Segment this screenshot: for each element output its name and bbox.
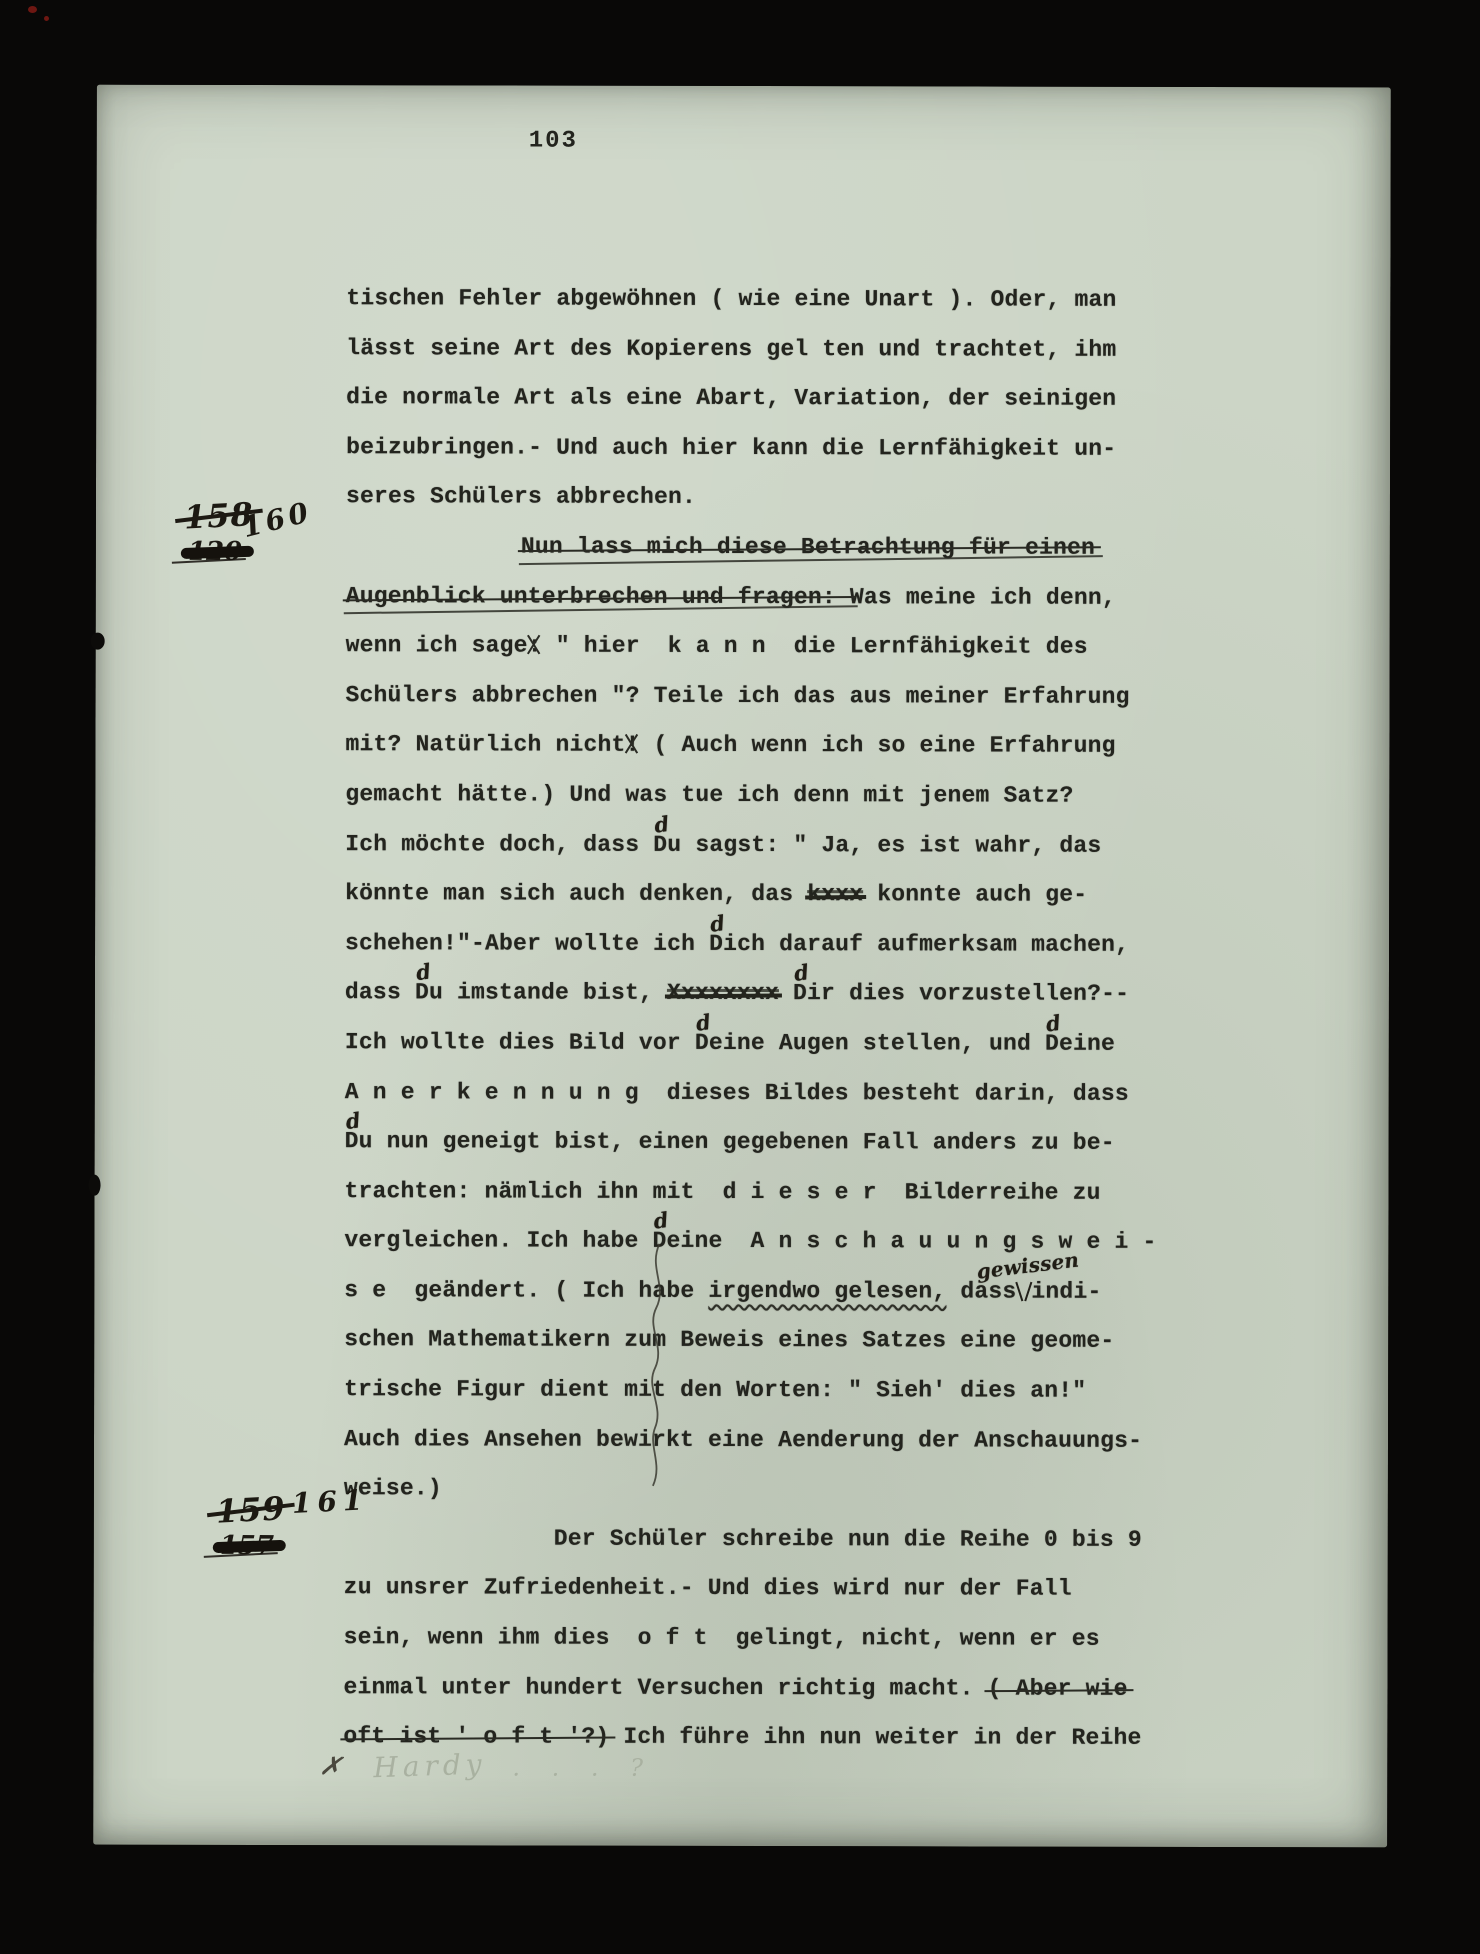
typescript-line: die normale Art als eine Abart, Variatio… xyxy=(346,382,1266,434)
struck-text: oft ist ' o f t '?) xyxy=(343,1723,609,1750)
typed-text: Dud xyxy=(345,1128,373,1154)
typed-text: imstande bist, xyxy=(443,980,667,1006)
pencil-text: Hardy xyxy=(373,1747,487,1784)
typescript-line: beizubringen.- Und auch hier kann die Le… xyxy=(346,432,1266,484)
pencil-annotation: ✗ Hardy . . . ? xyxy=(319,1749,655,1783)
typed-text: wenn ich sage xyxy=(346,632,528,658)
typescript-line: vergleichen. Ich habe Deined A n s c h a… xyxy=(344,1225,1264,1277)
typed-text: einmal unter hundert Versuchen richtig m… xyxy=(343,1674,987,1701)
typed-text: mit? Natürlich nicht xyxy=(345,732,625,759)
typed-text: konnte auch ge- xyxy=(863,881,1087,907)
struck-number: 159 xyxy=(215,1489,287,1530)
blotted-number: 157 xyxy=(220,1531,274,1561)
typed-text: ( Auch wenn ich so eine Erfahrung xyxy=(639,732,1115,759)
pencil-dots: . . . ? xyxy=(512,1754,655,1782)
typescript-line: wenn ich sage: " hier k a n n die Lernfä… xyxy=(346,630,1266,682)
typed-text: Dird xyxy=(793,980,835,1006)
overtyped-word: kxxx xyxy=(807,881,863,907)
typed-text: Deined xyxy=(1045,1031,1115,1057)
typescript-line: weise.) xyxy=(344,1473,1264,1525)
struck-text: Nun lass mich diese Betrachtung für eine… xyxy=(521,534,1095,561)
typed-text: Augen stellen, und xyxy=(765,1030,1045,1057)
typescript-line: tischen Fehler abgewöhnen ( wie eine Una… xyxy=(346,283,1266,335)
paper-blemish xyxy=(89,1175,101,1196)
typescript-line: schen Mathematikern zum Beweis eines Sat… xyxy=(344,1325,1264,1377)
typescript-line: zu unsrer Zufriedenheit.- Und dies wird … xyxy=(344,1573,1264,1625)
typed-text: Was meine ich denn, xyxy=(850,584,1116,611)
margin-renumbering: 158 160 120 xyxy=(184,497,404,597)
typed-text: dass xyxy=(345,979,415,1005)
film-artifact xyxy=(28,6,37,13)
typed-text: Ich führe ihn nun weiter in der Reihe xyxy=(609,1724,1141,1751)
typescript-line: trische Figur dient mit den Worten: " Si… xyxy=(344,1374,1264,1426)
typed-text: Deined xyxy=(695,1030,765,1056)
typed-text: schen Mathematikern zum Beweis eines Sat… xyxy=(344,1327,1114,1355)
typescript-line: Der Schüler schreibe nun die Reihe 0 bis… xyxy=(344,1523,1264,1575)
typed-text: nun geneigt bist, einen gegebenen Fall a… xyxy=(373,1128,1115,1156)
typed-text: dies vorzustellen?-- xyxy=(835,981,1129,1008)
typescript-body: tischen Fehler abgewöhnen ( wie eine Una… xyxy=(343,283,1266,1773)
photograph-background: 103 tischen Fehler abgewöhnen ( wie eine… xyxy=(0,0,1480,1954)
blotted-number: 120 xyxy=(188,537,242,567)
typed-text: trachten: nämlich ihn mit d i e s e r Bi… xyxy=(345,1178,1101,1206)
typed-text: A n e r k e n n u n g dieses Bildes best… xyxy=(345,1079,1129,1107)
film-artifact xyxy=(44,16,49,21)
caret-insertion: gewissen xyxy=(1016,1277,1031,1307)
page-number: 103 xyxy=(529,128,578,155)
struck-char: ! xyxy=(625,730,639,761)
typed-text: Dud xyxy=(653,831,681,857)
typescript-line: trachten: nämlich ihn mit d i e s e r Bi… xyxy=(344,1176,1264,1228)
typed-text: Ich möchte doch, dass xyxy=(345,831,653,858)
typed-text: Schülers abbrechen "? Teile ich das aus … xyxy=(346,682,1130,710)
typed-text: die normale Art als eine Abart, Variatio… xyxy=(346,384,1116,412)
typed-text: Dud xyxy=(415,980,443,1006)
pen-squiggle-mark xyxy=(646,1242,671,1488)
typed-text: schehen!"-Aber wollte ich xyxy=(345,930,709,957)
typescript-line: Ich wollte dies Bild vor Deined Augen st… xyxy=(345,1027,1265,1079)
x-mark: ✗ xyxy=(318,1750,344,1783)
typed-text: gemacht hätte.) Und was tue ich denn mit… xyxy=(345,781,1073,809)
struck-text: Augenblick unterbrechen und fragen: xyxy=(346,583,850,610)
typed-text: beizubringen.- Und auch hier kann die Le… xyxy=(346,434,1116,462)
typescript-line: Nun lass mich diese Betrachtung für eine… xyxy=(346,531,1266,583)
typed-text: indi- xyxy=(1031,1278,1101,1304)
typed-text: sein, wenn ihm dies o f t gelingt, nicht… xyxy=(344,1624,1100,1652)
typescript-line: einmal unter hundert Versuchen richtig m… xyxy=(343,1672,1263,1724)
typed-text: könnte man sich auch denken, das xyxy=(345,880,807,907)
typescript-line: gemacht hätte.) Und was tue ich denn mit… xyxy=(345,779,1265,831)
struck-char: : xyxy=(528,631,542,662)
margin-renumbering: 159 161 157 xyxy=(216,1491,436,1591)
typed-text: " hier k a n n die Lernfähigkeit des xyxy=(542,633,1088,660)
handwritten-number: 161 xyxy=(291,1483,369,1520)
typed-text: trische Figur dient mit den Worten: " Si… xyxy=(344,1376,1086,1404)
typescript-line: dass Dud imstande bist, Xxxxxxxx Dird di… xyxy=(345,977,1265,1029)
typed-text: sagst: " Ja, es ist wahr, das xyxy=(681,831,1101,858)
typescript-line: lässt seine Art des Kopierens gel ten un… xyxy=(346,333,1266,385)
typescript-line: s e geändert. ( Ich habe irgendwo gelese… xyxy=(344,1275,1264,1327)
typescript-line: mit? Natürlich nicht! ( Auch wenn ich so… xyxy=(345,730,1265,782)
typed-text: Auch dies Ansehen bewirkt eine Aenderung… xyxy=(344,1426,1142,1454)
typed-text: tischen Fehler abgewöhnen ( wie eine Una… xyxy=(346,285,1116,313)
typescript-line: Augenblick unterbrechen und fragen: Was … xyxy=(346,581,1266,633)
typescript-line: Schülers abbrechen "? Teile ich das aus … xyxy=(345,680,1265,732)
typescript-line: A n e r k e n n u n g dieses Bildes best… xyxy=(345,1077,1265,1129)
typescript-line: Ich möchte doch, dass Dud sagst: " Ja, e… xyxy=(345,829,1265,881)
paper-blemish xyxy=(91,633,105,650)
typescript-line: sein, wenn ihm dies o f t gelingt, nicht… xyxy=(344,1622,1264,1674)
typed-text: zu unsrer Zufriedenheit.- Und dies wird … xyxy=(344,1575,1072,1603)
typescript-line: könnte man sich auch denken, das kxxx ko… xyxy=(345,878,1265,930)
typescript-line: Dud nun geneigt bist, einen gegebenen Fa… xyxy=(345,1126,1265,1178)
underlined-text: irgendwo gelesen, xyxy=(708,1278,946,1304)
typescript-line: Auch dies Ansehen bewirkt eine Aenderung… xyxy=(344,1424,1264,1476)
typescript-line: seres Schülers abbrechen. xyxy=(346,482,1266,534)
typed-text: lässt seine Art des Kopierens gel ten un… xyxy=(346,335,1116,363)
typed-text: A n s c h a u u n g s w e i - xyxy=(722,1228,1156,1255)
overtyped-word: Xxxxxxxx xyxy=(667,980,779,1006)
typed-text: Dichd xyxy=(709,931,765,957)
struck-text: ( Aber wie xyxy=(988,1675,1128,1701)
typed-text: darauf aufmerksam machen, xyxy=(765,931,1129,958)
manuscript-page: 103 tischen Fehler abgewöhnen ( wie eine… xyxy=(93,85,1391,1848)
typed-text: vergleichen. Ich habe xyxy=(344,1227,652,1254)
typed-text: Ich wollte dies Bild vor xyxy=(345,1029,695,1056)
typed-text: Der Schüler schreibe nun die Reihe 0 bis… xyxy=(554,1525,1142,1552)
